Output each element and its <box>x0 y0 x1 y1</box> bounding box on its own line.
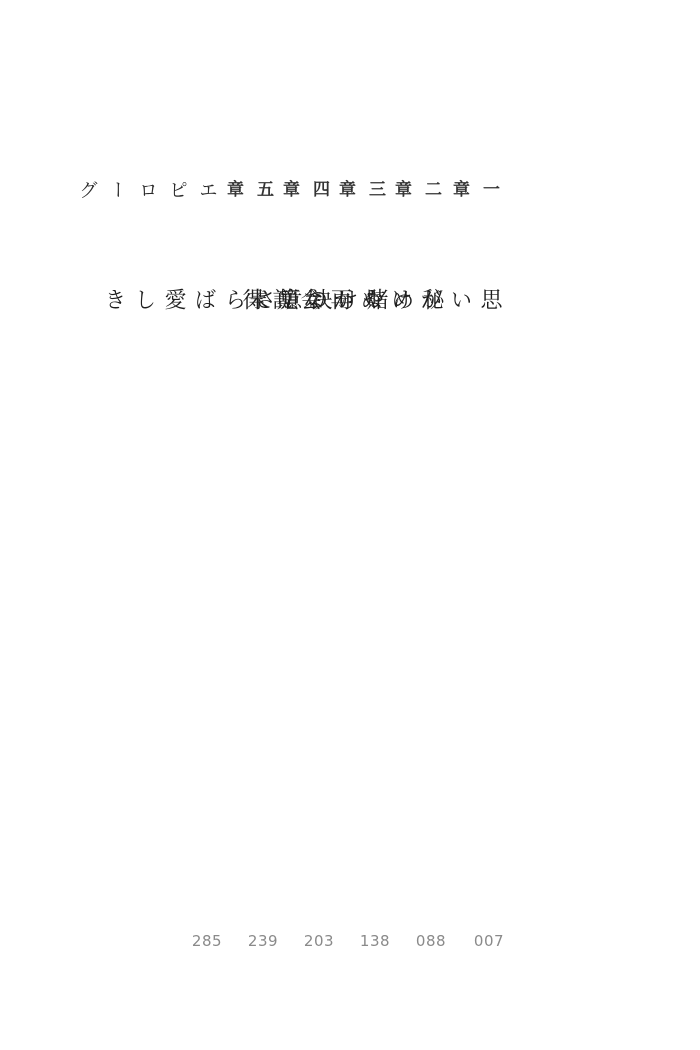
page-number: 203 <box>297 932 341 950</box>
page-number: 285 <box>185 932 229 950</box>
chapter-label: 三章 <box>360 180 390 198</box>
chapter-label: 一章 <box>474 180 504 198</box>
page-number: 088 <box>409 932 453 950</box>
page-number: 138 <box>353 932 397 950</box>
chapter-title: 賭けの顛末 <box>360 288 390 313</box>
chapter-label: エピローグ <box>192 180 222 201</box>
chapter-title: 決意 <box>304 288 334 313</box>
chapter-title: 思いがけぬ再会 <box>474 288 504 313</box>
chapter-label: 五章 <box>248 180 278 198</box>
page-number: 007 <box>467 932 511 950</box>
chapter-label: 二章 <box>416 180 446 198</box>
chapter-title: さらば愛しき <box>248 288 278 313</box>
table-of-contents: 一章 思いがけぬ再会 二章 秘めやかな説得 三章 賭けの顛末 四章 決意 五章 … <box>0 0 700 1050</box>
chapter-title: 秘めやかな説得 <box>416 288 446 313</box>
chapter-label: 四章 <box>304 180 334 198</box>
page-number: 239 <box>241 932 285 950</box>
